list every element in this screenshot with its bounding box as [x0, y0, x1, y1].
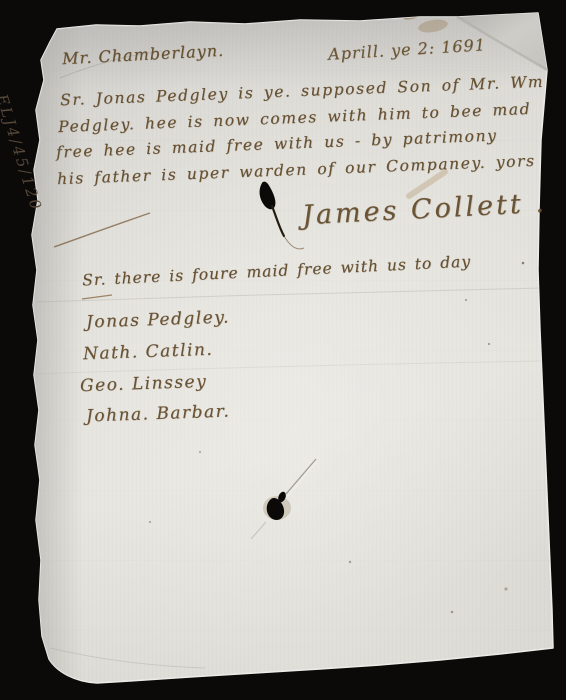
paper-artwork [0, 0, 566, 700]
paper-texture-group [28, 8, 558, 698]
manuscript-photo: Mr. Chamberlayn. Aprill. ye 2: 1691 Sr. … [0, 0, 566, 700]
